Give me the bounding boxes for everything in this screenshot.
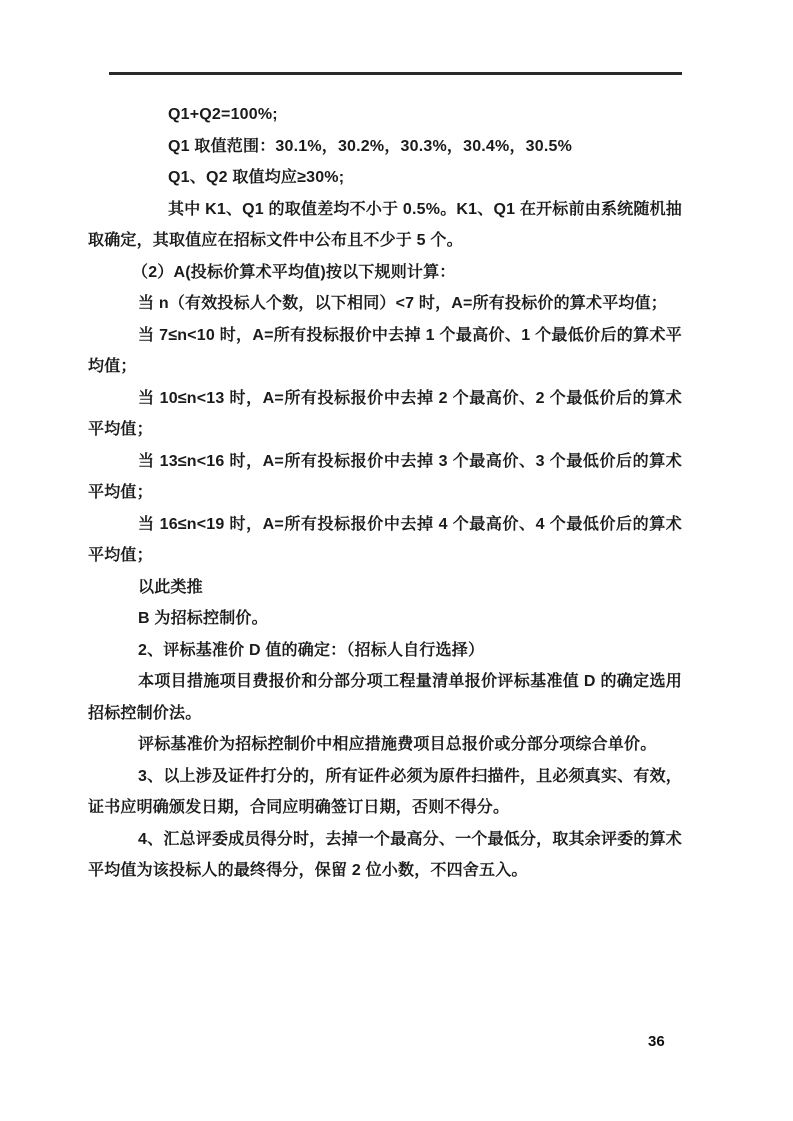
paragraph-b-definition: B 为招标控制价。	[88, 603, 682, 635]
paragraph-q1-q2-formula: Q1+Q2=100%;	[88, 99, 682, 131]
page-number: 36	[648, 1033, 665, 1050]
paragraph-case-13-to-16: 当 13≤n<16 时，A=所有投标报价中去掉 3 个最高价、3 个最低价后的算…	[88, 446, 682, 509]
paragraph-item-2-a-definition: （2）A(投标价算术平均值)按以下规则计算：	[88, 257, 682, 289]
paragraph-k1-q1-rule: 其中 K1、Q1 的取值差均不小于 0.5%。K1、Q1 在开标前由系统随机抽取…	[88, 194, 682, 257]
paragraph-case-10-to-13: 当 10≤n<13 时，A=所有投标报价中去掉 2 个最高价、2 个最低价后的算…	[88, 383, 682, 446]
paragraph-q1-value-range: Q1 取值范围：30.1%，30.2%，30.3%，30.4%，30.5%	[88, 131, 682, 163]
paragraph-item-3-certificates: 3、以上涉及证件打分的，所有证件必须为原件扫描件，且必须真实、有效，证书应明确颁…	[88, 761, 682, 824]
paragraph-case-16-to-19: 当 16≤n<19 时，A=所有投标报价中去掉 4 个最高价、4 个最低价后的算…	[88, 509, 682, 572]
paragraph-benchmark-price: 评标基准价为招标控制价中相应措施费项目总报价或分部分项综合单价。	[88, 729, 682, 761]
paragraph-case-n-lt-7: 当 n（有效投标人个数，以下相同）<7 时，A=所有投标价的算术平均值；	[88, 288, 682, 320]
paragraph-benchmark-method: 本项目措施项目费报价和分部分项工程量清单报价评标基准值 D 的确定选用招标控制价…	[88, 666, 682, 729]
paragraph-case-7-to-10: 当 7≤n<10 时，A=所有投标报价中去掉 1 个最高价、1 个最低价后的算术…	[88, 320, 682, 383]
paragraph-item-4-score-summary: 4、汇总评委成员得分时，去掉一个最高分、一个最低分，取其余评委的算术平均值为该投…	[88, 824, 682, 887]
paragraph-q1-q2-minimum: Q1、Q2 取值均应≥30%;	[88, 162, 682, 194]
paragraph-item-2-benchmark-d: 2、评标基准价 D 值的确定：（招标人自行选择）	[88, 635, 682, 667]
document-body: Q1+Q2=100%; Q1 取值范围：30.1%，30.2%，30.3%，30…	[88, 99, 682, 887]
header-rule	[109, 72, 682, 75]
paragraph-and-so-on: 以此类推	[88, 572, 682, 604]
document-page: Q1+Q2=100%; Q1 取值范围：30.1%，30.2%，30.3%，30…	[0, 0, 793, 1121]
